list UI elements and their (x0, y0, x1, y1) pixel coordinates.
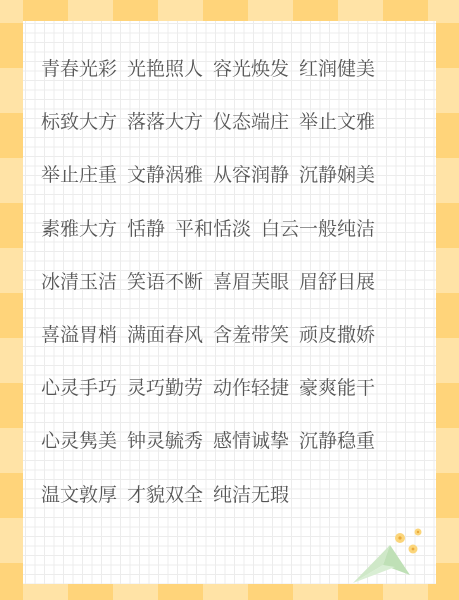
phrase-row-4: 素雅大方 恬静 平和恬淡 白云一般纯洁 (41, 217, 431, 270)
phrase: 恬静 (127, 217, 165, 241)
phrase: 动作轻捷 (213, 376, 289, 400)
phrase: 光艳照人 (127, 57, 203, 81)
flower-icon (395, 533, 405, 543)
phrase: 红润健美 (299, 57, 375, 81)
phrase: 钟灵毓秀 (127, 429, 203, 453)
phrase: 纯洁无瑕 (213, 483, 289, 507)
flower-icon (409, 545, 418, 554)
phrase: 眉舒目展 (299, 270, 375, 294)
phrase: 喜眉芙眼 (213, 270, 289, 294)
phrase: 举止庄重 (41, 163, 117, 187)
phrase: 沉静娴美 (299, 163, 375, 187)
phrase: 灵巧勤劳 (127, 376, 203, 400)
phrase: 心灵手巧 (41, 376, 117, 400)
phrase: 白云一般纯洁 (261, 217, 375, 241)
phrase: 才貌双全 (127, 483, 203, 507)
phrase: 含羞带笑 (213, 323, 289, 347)
phrase-row-5: 冰清玉洁 笑语不断 喜眉芙眼 眉舒目展 (41, 270, 431, 323)
phrase: 平和恬淡 (175, 217, 251, 241)
phrase: 感情诚挚 (213, 429, 289, 453)
phrase: 冰清玉洁 (41, 270, 117, 294)
phrase: 心灵隽美 (41, 429, 117, 453)
phrase: 从容润静 (213, 163, 289, 187)
phrase: 落落大方 (127, 110, 203, 134)
phrase: 顽皮撒娇 (299, 323, 375, 347)
phrase: 容光焕发 (213, 57, 289, 81)
content-card: 青春光彩 光艳照人 容光焕发 红润健美 标致大方 落落大方 仪态端庄 举止文雅 … (23, 21, 436, 584)
phrase-row-8: 心灵隽美 钟灵毓秀 感情诚挚 沉静稳重 (41, 429, 431, 482)
phrase: 举止文雅 (299, 110, 375, 134)
phrase: 温文敦厚 (41, 483, 117, 507)
phrase-list: 青春光彩 光艳照人 容光焕发 红润健美 标致大方 落落大方 仪态端庄 举止文雅 … (41, 57, 431, 536)
phrase-row-3: 举止庄重 文静涡雅 从容润静 沉静娴美 (41, 163, 431, 216)
phrase: 豪爽能干 (299, 376, 375, 400)
phrase: 笑语不断 (127, 270, 203, 294)
phrase: 沉静稳重 (299, 429, 375, 453)
phrase-row-2: 标致大方 落落大方 仪态端庄 举止文雅 (41, 110, 431, 163)
phrase: 青春光彩 (41, 57, 117, 81)
phrase-row-6: 喜溢胃梢 满面春风 含羞带笑 顽皮撒娇 (41, 323, 431, 376)
phrase: 仪态端庄 (213, 110, 289, 134)
phrase: 喜溢胃梢 (41, 323, 117, 347)
phrase: 标致大方 (41, 110, 117, 134)
phrase: 素雅大方 (41, 217, 117, 241)
phrase-row-1: 青春光彩 光艳照人 容光焕发 红润健美 (41, 57, 431, 110)
paper-plane-icon (350, 525, 430, 585)
phrase: 满面春风 (127, 323, 203, 347)
phrase: 文静涡雅 (127, 163, 203, 187)
phrase-row-7: 心灵手巧 灵巧勤劳 动作轻捷 豪爽能干 (41, 376, 431, 429)
flower-icon (415, 529, 422, 536)
